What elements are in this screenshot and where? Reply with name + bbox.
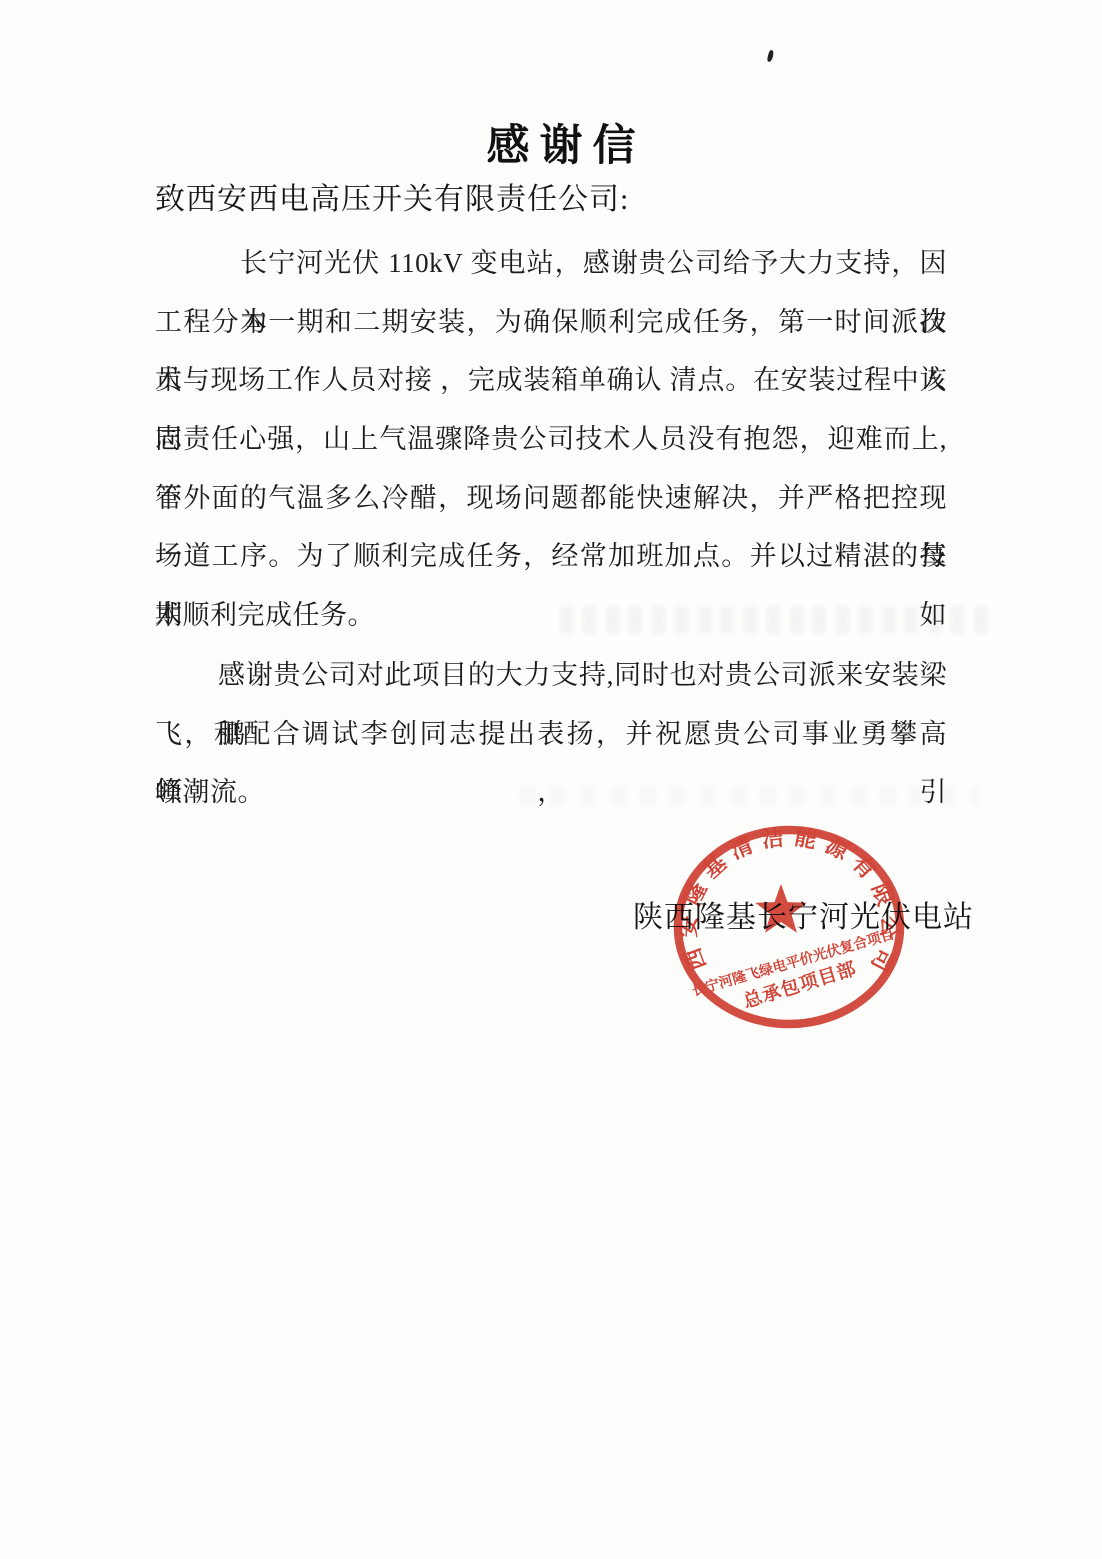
scanned-letter-page: 感谢信 致西安西电高压开关有限责任公司: 长宁河光伏 110kV 变电站，感谢贵…: [0, 0, 1102, 1559]
body-line: 长宁河光伏 110kV 变电站，感谢贵公司给予大力支持，因本次: [155, 234, 947, 293]
paragraph-2: 感谢贵公司对此项目的大力支持,同时也对贵公司派来安装梁鹏 飞，和配合调试李创同志…: [155, 646, 947, 822]
salutation-line: 致西安西电高压开关有限责任公司:: [155, 180, 629, 220]
letter-title: 感谢信: [15, 112, 1102, 173]
body-line: 志责任心强，山上气温骤降贵公司技术人员没有抱怨，迎难而上,不: [155, 410, 947, 469]
star-icon: [755, 884, 806, 933]
ink-speck: [767, 50, 775, 63]
body-line: 飞，和配合调试李创同志提出表扬，并祝愿贵公司事业勇攀高峰，引: [155, 705, 947, 764]
body-line: 管外面的气温多么冷醋，现场问题都能快速解决，并严格把控现场每: [155, 469, 947, 528]
body-line: 感谢贵公司对此项目的大力支持,同时也对贵公司派来安装梁鹏: [155, 646, 947, 705]
company-stamp: 西安隆基清洁能源有限公司 长宁河隆飞绿电平价光伏复合项目 总承包项目部: [671, 824, 907, 1034]
body-line: 员与现场工作人员对接 ，完成装箱单确认 清点。在安装过程中该同: [155, 351, 947, 410]
body-line: 一道工序。为了顺利完成任务，经常加班加点。并以过精湛的技术如: [155, 527, 947, 586]
body-line: 工程分为一期和二期安装，为确保顺利完成任务，第一时间派技术人: [155, 293, 947, 352]
paragraph-1: 长宁河光伏 110kV 变电站，感谢贵公司给予大力支持，因本次 工程分为一期和二…: [155, 234, 947, 645]
